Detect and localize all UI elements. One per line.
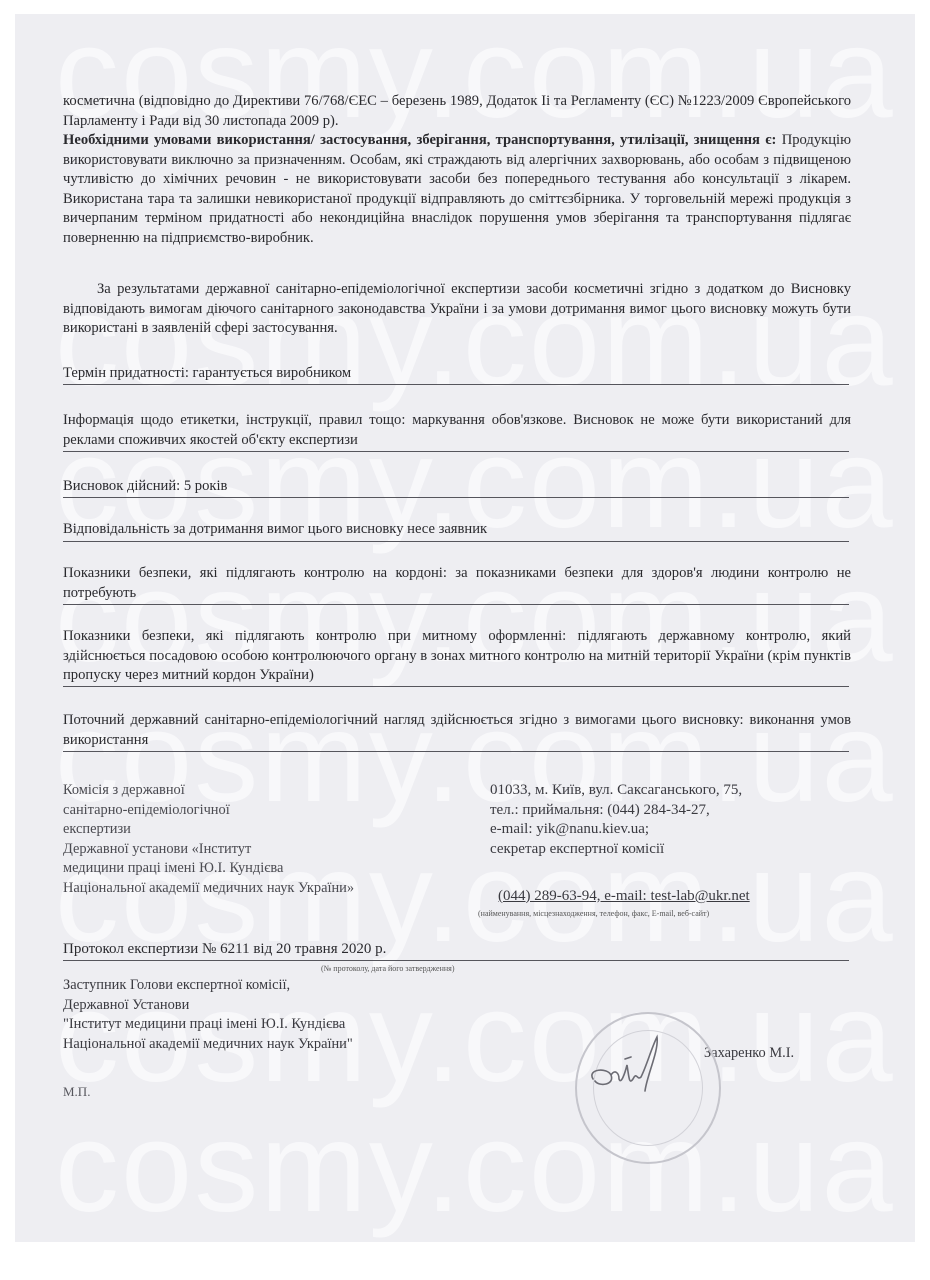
signatory-block: Заступник Голови експертної комісії, Дер… (63, 976, 353, 1054)
expertise-results: За результатами державної санітарно-епід… (63, 280, 851, 339)
protocol-caption: (№ протоколу, дата його затвердження) (321, 964, 454, 973)
commission-line: Державної установи «Інститут (63, 840, 354, 860)
divider (63, 497, 849, 498)
document-page: cosmy.com.ua cosmy.com.ua cosmy.com.ua c… (15, 14, 915, 1242)
usage-conditions: Необхідними умовами використання/ застос… (63, 131, 851, 248)
secretary-caption: (найменування, місцезнаходження, телефон… (478, 909, 709, 918)
commission-contacts: 01033, м. Київ, вул. Саксаганського, 75,… (490, 781, 742, 859)
divider (63, 751, 849, 752)
commission-line: медицини праці імені Ю.І. Кундієва (63, 859, 354, 879)
commission-line: експертизи (63, 820, 354, 840)
divider (63, 686, 849, 687)
protocol-line: Протокол експертизи № 6211 від 20 травня… (63, 940, 386, 960)
divider (63, 384, 849, 385)
commission-block: Комісія з державної санітарно-епідеміоло… (63, 781, 354, 898)
field-border-control: Показники безпеки, які підлягають контро… (63, 564, 851, 603)
commission-line: Національної академії медичних наук Укра… (63, 879, 354, 899)
divider (63, 960, 849, 961)
field-shelf-life: Термін придатності: гарантується виробни… (63, 364, 851, 384)
divider (63, 451, 849, 452)
signature (585, 1029, 675, 1109)
field-customs-control: Показники безпеки, які підлягають контро… (63, 627, 851, 686)
field-responsibility: Відповідальність за дотримання вимог цьо… (63, 520, 851, 540)
signatory-line: Національної академії медичних наук Укра… (63, 1035, 353, 1055)
address: 01033, м. Київ, вул. Саксаганського, 75, (490, 781, 742, 801)
secretary-contact: (044) 289-63-94, e-mail: test-lab@ukr.ne… (498, 887, 750, 907)
commission-line: Комісія з державної (63, 781, 354, 801)
reception-phone: тел.: приймальня: (044) 284-34-27, (490, 801, 742, 821)
commission-email: e-mail: yik@nanu.kiev.ua; (490, 820, 742, 840)
signatory-line: Заступник Голови експертної комісії, (63, 976, 353, 996)
watermark: cosmy.com.ua (55, 1104, 895, 1232)
commission-line: санітарно-епідеміологічної (63, 801, 354, 821)
signatory-line: "Інститут медицини праці імені Ю.І. Кунд… (63, 1015, 353, 1035)
seal-mark: М.П. (63, 1082, 90, 1102)
divider (63, 604, 849, 605)
secretary-label: секретар експертної комісії (490, 840, 742, 860)
field-supervision: Поточний державний санітарно-епідеміолог… (63, 711, 851, 750)
directive-reference: косметична (відповідно до Директиви 76/7… (63, 92, 851, 131)
signatory-name: Захаренко М.І. (704, 1044, 794, 1064)
usage-conditions-text: Продукцію використовувати виключно за пр… (63, 132, 851, 246)
field-validity: Висновок дійсний: 5 років (63, 477, 851, 497)
signatory-line: Державної Установи (63, 996, 353, 1016)
field-label-info: Інформація щодо етикетки, інструкції, пр… (63, 411, 851, 450)
divider (63, 541, 849, 542)
usage-conditions-label: Необхідними умовами використання/ застос… (63, 132, 776, 148)
